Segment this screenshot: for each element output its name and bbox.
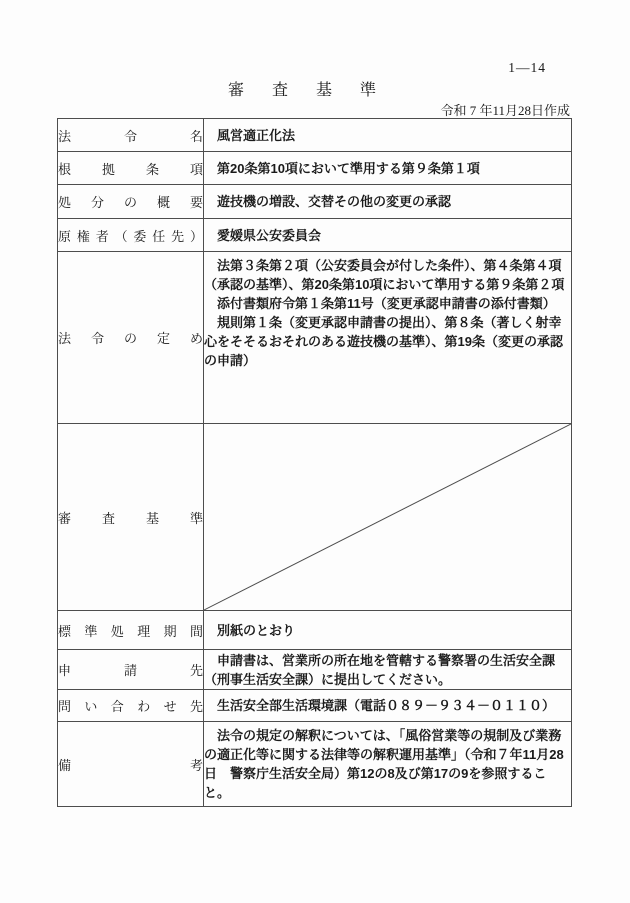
row-label: 法令名: [58, 119, 204, 152]
page-title: 審 査 基 準: [0, 77, 610, 100]
row-value-text: 風営適正化法: [204, 126, 571, 145]
row-label: 問い合わせ先: [58, 690, 204, 722]
table-row-contact: 問い合わせ先 生活安全部生活環境課（電話０８９－９３４－０１１０）: [58, 690, 572, 722]
table-row-authority: 原権者（委任先） 愛媛県公安委員会: [58, 219, 572, 252]
row-value: 愛媛県公安委員会: [204, 219, 572, 252]
row-label: 法令の定め: [58, 252, 204, 424]
row-value: 申請書は、営業所の所在地を管轄する警察署の生活安全課（刑事生活安全課）に提出して…: [204, 650, 572, 690]
row-value-paragraph: 法第３条第２項（公安委員会が付した条件）、第４条第４項（承認の基準）、第20条第…: [204, 256, 571, 294]
diagonal-strike-line: [204, 424, 571, 610]
document-page: { "page": { "number": "1—14", "title": "…: [0, 0, 630, 903]
table-row-remarks: 備考 法令の規定の解釈については、「風俗営業等の規制及び業務の適正化等に関する法…: [58, 722, 572, 807]
row-value: 風営適正化法: [204, 119, 572, 152]
row-value: 別紙のとおり: [204, 611, 572, 650]
row-label: 標準処理期間: [58, 611, 204, 650]
row-value: 法第３条第２項（公安委員会が付した条件）、第４条第４項（承認の基準）、第20条第…: [204, 252, 572, 424]
table-row-disposition-summary: 処分の概要 遊技機の増設、交替その他の変更の承認: [58, 185, 572, 219]
row-label: 申請先: [58, 650, 204, 690]
table-row-application-destination: 申請先 申請書は、営業所の所在地を管轄する警察署の生活安全課（刑事生活安全課）に…: [58, 650, 572, 690]
row-value: 生活安全部生活環境課（電話０８９－９３４－０１１０）: [204, 690, 572, 722]
row-value-text: 別紙のとおり: [204, 621, 571, 640]
row-value-text: 生活安全部生活環境課（電話０８９－９３４－０１１０）: [204, 696, 571, 715]
row-value: 第20条第10項において準用する第９条第１項: [204, 152, 572, 185]
row-value-paragraph: 規則第１条（変更承認申請書の提出）、第８条（著しく射幸心をそそるおそれのある遊技…: [204, 313, 571, 370]
table-row-legal-basis: 根拠条項 第20条第10項において準用する第９条第１項: [58, 152, 572, 185]
page-number: 1—14: [508, 60, 546, 76]
table-row-review-criteria: 審査基準: [58, 424, 572, 611]
creation-date: 令和 7 年11月28日作成: [440, 100, 570, 119]
row-value-diagonal-cell: [204, 424, 572, 611]
row-value-text: 法令の規定の解釈については、「風俗営業等の規制及び業務の適正化等に関する法律等の…: [204, 726, 571, 802]
table-row-standard-processing-period: 標準処理期間 別紙のとおり: [58, 611, 572, 650]
row-value-text: 申請書は、営業所の所在地を管轄する警察署の生活安全課（刑事生活安全課）に提出して…: [204, 651, 571, 689]
row-value-text: 愛媛県公安委員会: [204, 226, 571, 245]
row-value-text: 第20条第10項において準用する第９条第１項: [204, 159, 571, 178]
row-value: 法令の規定の解釈については、「風俗営業等の規制及び業務の適正化等に関する法律等の…: [204, 722, 572, 807]
criteria-table: 法令名 風営適正化法 根拠条項 第20条第10項において準用する第９条第１項 処…: [57, 118, 572, 807]
table-row-law-name: 法令名 風営適正化法: [58, 119, 572, 152]
row-label: 根拠条項: [58, 152, 204, 185]
row-label: 処分の概要: [58, 185, 204, 219]
row-value: 遊技機の増設、交替その他の変更の承認: [204, 185, 572, 219]
row-value-paragraph: 添付書類府令第１条第11号（変更承認申請書の添付書類）: [204, 294, 571, 313]
row-value-text: 遊技機の増設、交替その他の変更の承認: [204, 192, 571, 211]
row-label: 備考: [58, 722, 204, 807]
row-label: 原権者（委任先）: [58, 219, 204, 252]
table-row-legal-provisions: 法令の定め 法第３条第２項（公安委員会が付した条件）、第４条第４項（承認の基準）…: [58, 252, 572, 424]
row-label: 審査基準: [58, 424, 204, 611]
